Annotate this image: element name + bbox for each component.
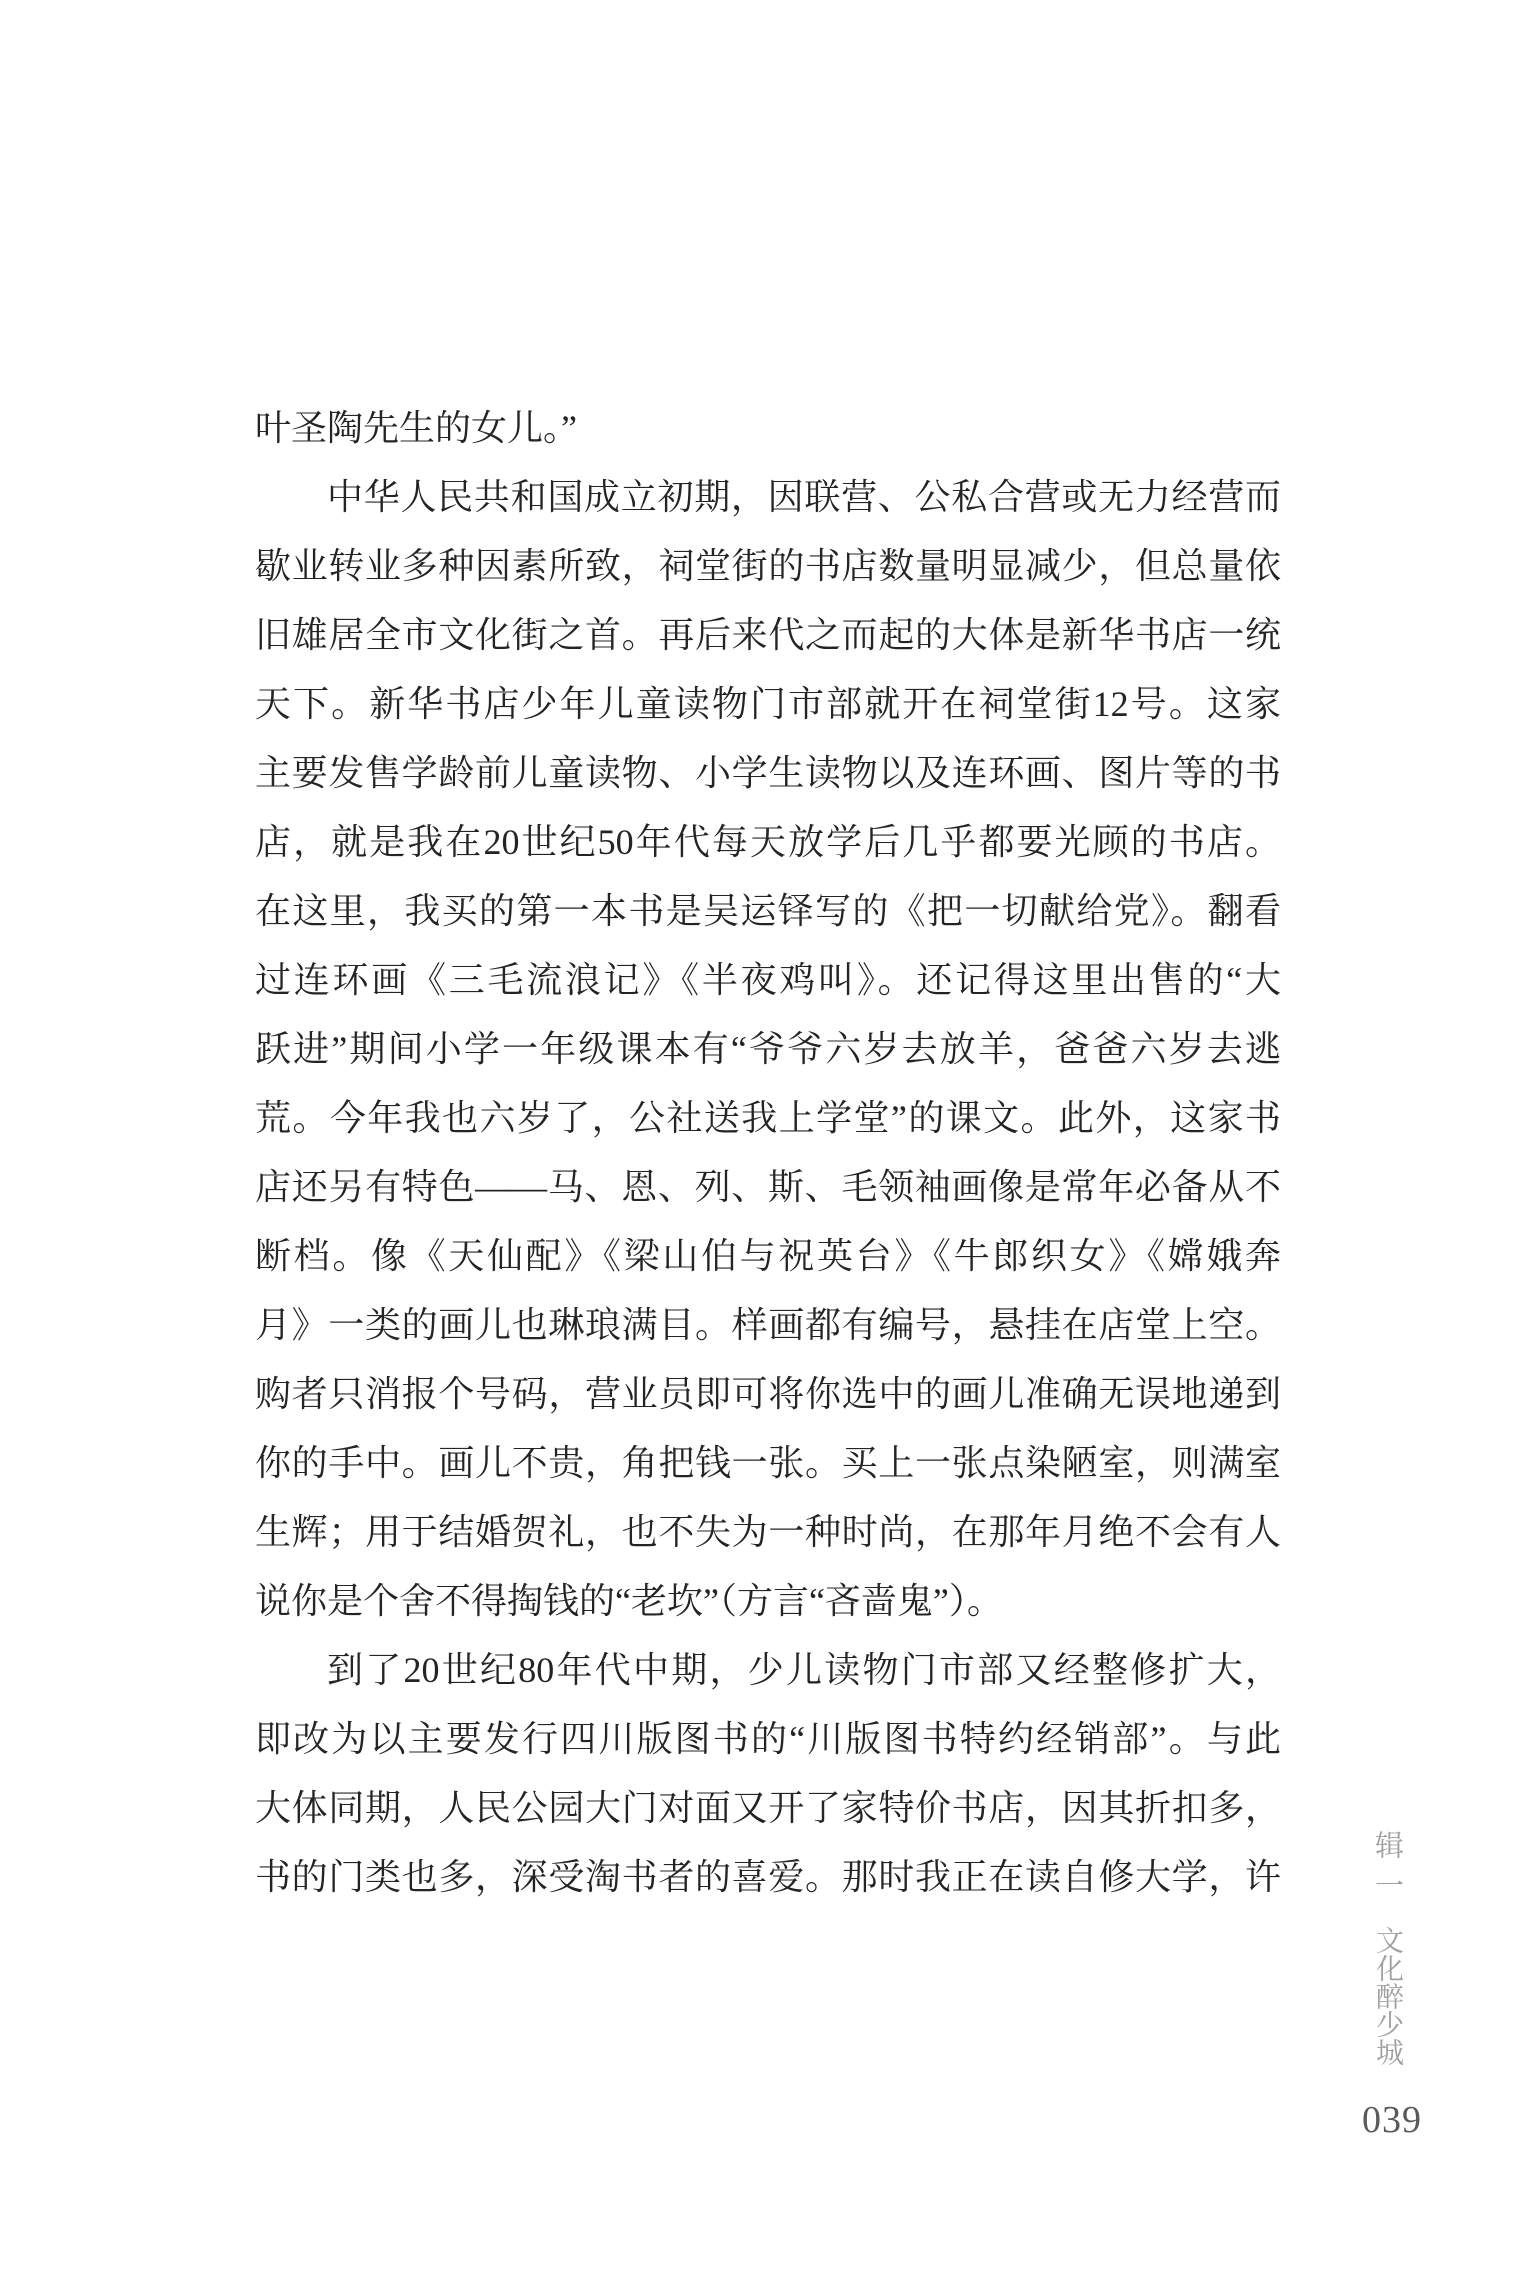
body-line: 在这里，我买的第一本书是吴运铎写的《把一切献给党》。翻看: [255, 877, 1281, 946]
body-line: 断档。像《天仙配》《梁山伯与祝英台》《牛郎织女》《嫦娥奔: [255, 1222, 1281, 1291]
body-line: 即改为以主要发行四川版图书的“川版图书特约经销部”。与此: [255, 1705, 1281, 1774]
body-text-block: 叶圣陶先生的女儿。” 中华人民共和国成立初期，因联营、公私合营或无力经营而 歇业…: [255, 394, 1281, 1912]
page-number: 039: [1362, 2098, 1422, 2142]
body-line: 天下。新华书店少年儿童读物门市部就开在祠堂街12号。这家: [255, 670, 1281, 739]
body-line: 荒。今年我也六岁了，公社送我上学堂”的课文。此外，这家书: [255, 1084, 1281, 1153]
book-page: 叶圣陶先生的女儿。” 中华人民共和国成立初期，因联营、公私合营或无力经营而 歇业…: [0, 0, 1536, 2278]
body-line: 生辉；用于结婚贺礼，也不失为一种时尚，在那年月绝不会有人: [255, 1498, 1281, 1567]
body-line: 店，就是我在20世纪50年代每天放学后几乎都要光顾的书店。: [255, 808, 1281, 877]
body-line: 大体同期，人民公园大门对面又开了家特价书店，因其折扣多，: [255, 1774, 1281, 1843]
body-line: 主要发售学龄前儿童读物、小学生读物以及连环画、图片等的书: [255, 739, 1281, 808]
body-line: 店还另有特色——马、恩、列、斯、毛领袖画像是常年必备从不: [255, 1153, 1281, 1222]
body-line: 说你是个舍不得掏钱的“老坎”（方言“吝啬鬼”）。: [255, 1567, 1281, 1636]
body-line: 跃进”期间小学一年级课本有“爷爷六岁去放羊，爸爸六岁去逃: [255, 1015, 1281, 1084]
body-line: 中华人民共和国成立初期，因联营、公私合营或无力经营而: [255, 463, 1281, 532]
body-line: 到了20世纪80年代中期，少儿读物门市部又经整修扩大，: [255, 1636, 1281, 1705]
body-line: 歇业转业多种因素所致，祠堂街的书店数量明显减少，但总量依: [255, 532, 1281, 601]
body-line: 购者只消报个号码，营业员即可将你选中的画儿准确无误地递到: [255, 1360, 1281, 1429]
body-line: 月》一类的画儿也琳琅满目。样画都有编号，悬挂在店堂上空。: [255, 1291, 1281, 1360]
chapter-sidebar: 辑一文化醉少城: [1371, 1830, 1403, 2066]
body-line: 你的手中。画儿不贵，角把钱一张。买上一张点染陋室，则满室: [255, 1429, 1281, 1498]
body-line: 旧雄居全市文化街之首。再后来代之而起的大体是新华书店一统: [255, 601, 1281, 670]
body-line: 书的门类也多，深受淘书者的喜爱。那时我正在读自修大学，许: [255, 1843, 1281, 1912]
body-line: 过连环画《三毛流浪记》《半夜鸡叫》。还记得这里出售的“大: [255, 946, 1281, 1015]
chapter-title: 文化醉少城: [1372, 1926, 1403, 2066]
volume-label: 辑一: [1371, 1830, 1402, 1910]
body-line: 叶圣陶先生的女儿。”: [255, 394, 1281, 463]
